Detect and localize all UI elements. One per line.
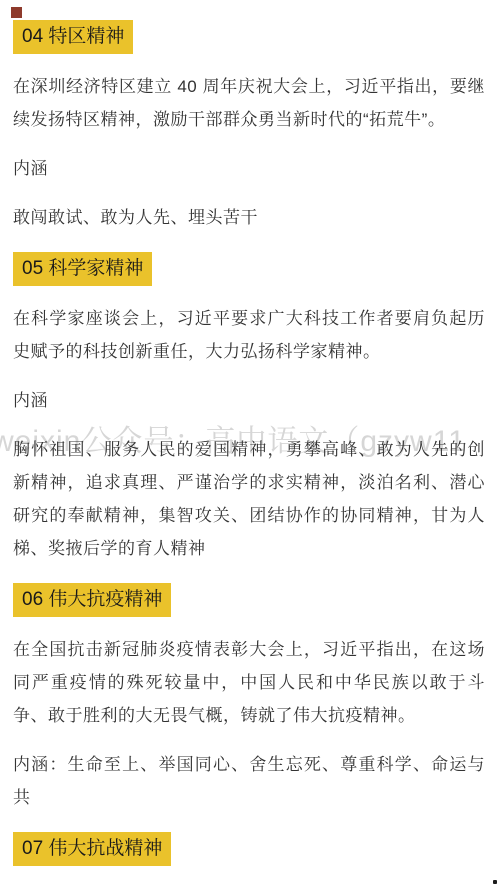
paragraph: 敢闯敢试、敢为人先、埋头苦干 <box>13 201 485 234</box>
section-heading: 04 特区精神 <box>13 20 133 54</box>
paragraph: 在深圳经济特区建立 40 周年庆祝大会上，习近平指出，要继续发扬特区精神，激励干… <box>13 70 485 136</box>
section-heading: 06 伟大抗疫精神 <box>13 583 171 617</box>
section-heading: 05 科学家精神 <box>13 252 152 286</box>
paragraph: 内涵：生命至上、举国同心、舍生忘死、尊重科学、命运与共 <box>13 748 485 814</box>
paragraph: 内涵 <box>13 384 485 417</box>
paragraph: 内涵 <box>13 152 485 185</box>
paragraph: 在全国抗击新冠肺炎疫情表彰大会上，习近平指出，在这场同严重疫情的殊死较量中，中国… <box>13 633 485 732</box>
document-body: 04 特区精神在深圳经济特区建立 40 周年庆祝大会上，习近平指出，要继续发扬特… <box>0 7 500 866</box>
stray-dot <box>493 880 497 884</box>
paragraph: 胸怀祖国、服务人民的爱国精神，勇攀高峰、敢为人先的创新精神，追求真理、严谨治学的… <box>13 433 485 565</box>
red-square-marker <box>11 7 22 18</box>
document-page: { "theme": { "highlight-yellow": "#eac22… <box>0 0 500 892</box>
section-heading: 07 伟大抗战精神 <box>13 832 171 866</box>
paragraph: 在科学家座谈会上，习近平要求广大科技工作者要肩负起历史赋予的科技创新重任，大力弘… <box>13 302 485 368</box>
